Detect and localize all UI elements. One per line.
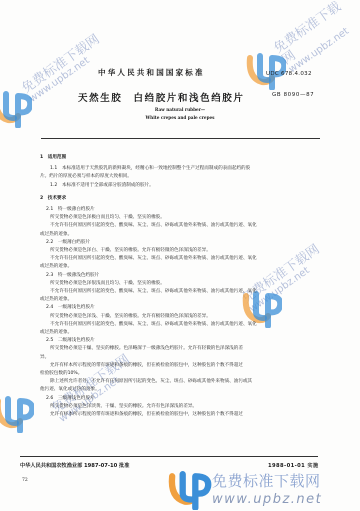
approval-line: 中华人民共和国农牧渔业部 1987-07-10 批准 xyxy=(20,462,129,469)
paragraph: 所交货物必须是色泽极白而且均匀、干燥、坚实的橡胶。 xyxy=(40,214,325,222)
section-heading: 2 技术要求 xyxy=(40,195,325,203)
subsection-heading: 2.1 特一级薄白绉胶片 xyxy=(40,206,325,214)
paragraph: 不允许有任何原因所引起的变色、酸臭味、灰尘、斑点、砂砾或其他外来物质、油污或其他… xyxy=(40,255,325,263)
paragraph: 或过热的迹象。 xyxy=(40,263,325,271)
watermark-url: www.upbz.net xyxy=(212,492,322,507)
paragraph: 所交货物必须是色泽很浅而且均匀、干燥、坚实的橡胶。 xyxy=(40,280,325,288)
udc-code: UDC 678.4.032 xyxy=(266,71,312,77)
page-number: 72 xyxy=(22,478,28,483)
paragraph: 片。绉片的厚度必须与样本的厚度大致相同。 xyxy=(40,173,325,181)
paragraph: 1.2 本标准不适用于全部或部分胶渣制成的胶片。 xyxy=(40,182,325,190)
paragraph: 不允许有任何原因所引起的变色、酸臭味、灰尘、斑点、砂砾或其他外来物质、油污或其他… xyxy=(40,321,325,329)
effective-date: 1988-01-01 实施 xyxy=(268,462,319,469)
paragraph: 他污迹、氧化或过热的迹象。 xyxy=(40,386,325,394)
watermark-bottom: 免费标准下载网 www.upbz.net xyxy=(212,470,322,507)
document-page: 免费标准下载网 www.upbz.net 免费标准下载网 www.upbz.ne… xyxy=(0,0,360,511)
document-body: 1 适用范围 1.1 本标准适用于天然胶乳的新鲜凝块，经精心和一致地控制整个生产… xyxy=(40,150,325,419)
paragraph: 所交货物必须是干燥、坚实的橡胶。色泽略深于一级薄浅色绉胶片。允许有轻微的色泽深浅… xyxy=(40,345,325,353)
subsection-heading: 2.4 一级薄浅色绉胶片 xyxy=(40,304,325,312)
paragraph: 除上述所允许者外，不允许有任何原因所引起的变色、灰尘、斑点、砂砾或其他外来物质、… xyxy=(40,378,325,386)
paragraph: 或过热的迹象。 xyxy=(40,231,325,239)
subsection-heading: 2.5 二级薄浅色绉胶片 xyxy=(40,337,325,345)
paragraph: 1.1 本标准适用于天然胶乳的新鲜凝块，经精心和一致地控制整个生产过程而制成的表… xyxy=(40,165,325,173)
gb-number: GB 8090—87 xyxy=(272,92,314,98)
standard-header: 中华人民共和国国家标准 xyxy=(98,67,205,78)
paragraph: 所交货物必须是色泽淡黄、干燥、坚实的橡胶。允许有色泽深浅的差异。 xyxy=(40,403,325,411)
paragraph: 异。 xyxy=(40,354,325,362)
up-logo-icon xyxy=(166,470,212,510)
document-title-en-line1: Raw natural rubber— xyxy=(0,107,360,112)
paragraph: 或过热的迹象。 xyxy=(40,296,325,304)
paragraph: 不允许有任何原因所引起的变色、酸臭味、灰尘、斑点、砂砾或其他外来物质、油污或其他… xyxy=(40,288,325,296)
paragraph: 所交货物必须是色泽白、干燥、坚实的橡胶。允许有极轻微的色泽深浅的差异。 xyxy=(40,247,325,255)
paragraph: 允许有样本所示程度的带有斑迹和条痕的橡胶，但在被检验的胶包中，这种胶包的个数不得… xyxy=(40,362,325,370)
footer-divider xyxy=(20,456,318,457)
document-title-en-line2: White crepes and pale crepes xyxy=(0,115,360,120)
watermark-cn: 免费标准下载网 xyxy=(212,470,322,491)
section-heading: 1 适用范围 xyxy=(40,154,325,162)
paragraph: 允许有样本所示程度的带有斑迹和条痕的橡胶，但在被检验的胶包中，这种胶包的个数不得… xyxy=(40,411,325,419)
up-logo-icon xyxy=(0,395,34,433)
header-divider xyxy=(41,138,320,139)
paragraph: 所交货物必须是色泽浅、干燥、坚实的橡胶。允许有极轻微的色泽深浅的差异。 xyxy=(40,313,325,321)
paragraph: 不允许有任何原因所引起的变色、酸臭味、灰尘、斑点、砂砾或其他外来物质、油污或其他… xyxy=(40,222,325,230)
subsection-heading: 2.2 一级薄白绉胶片 xyxy=(40,239,325,247)
document-title-cn: 天然生胶 白绉胶片和浅色绉胶片 xyxy=(78,90,245,104)
subsection-heading: 2.3 特一级薄浅色绉胶片 xyxy=(40,272,325,280)
paragraph: 检验胶包数的10%。 xyxy=(40,370,325,378)
subsection-heading: 2.6 三级薄浅色绉胶片 xyxy=(40,395,325,403)
paragraph: 或过热的迹象。 xyxy=(40,329,325,337)
